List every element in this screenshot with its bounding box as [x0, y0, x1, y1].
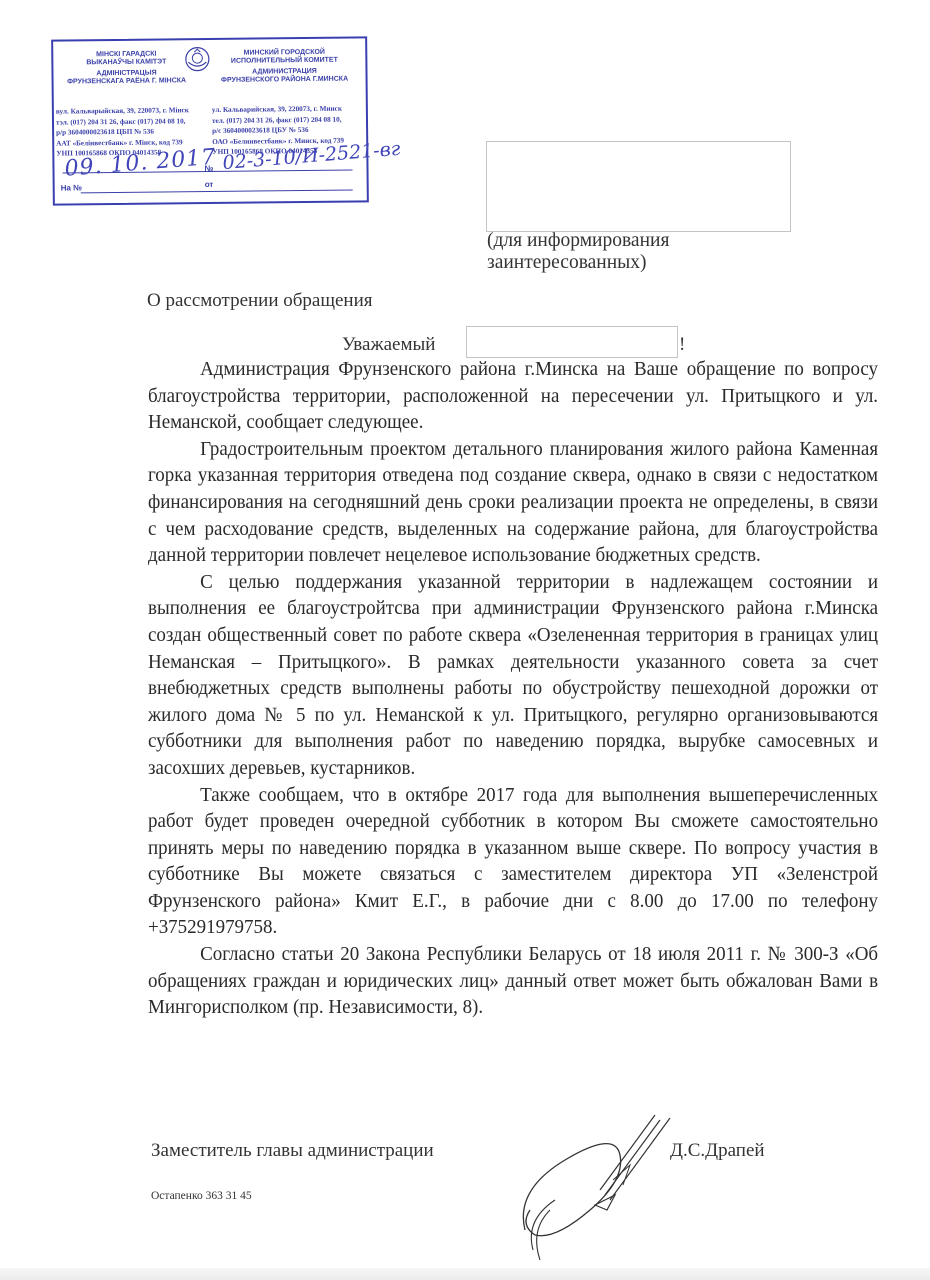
state-emblem-icon	[184, 46, 210, 72]
body-paragraph: Также сообщаем, что в октябре 2017 года …	[148, 782, 878, 942]
letter-subject: О рассмотрении обращения	[147, 290, 373, 312]
stamp-address-line: тел. (017) 204 31 26, факс (017) 204 08 …	[212, 114, 362, 126]
stamp-address-line: тэл. (017) 204 31 26, факс (017) 204 08 …	[56, 116, 206, 128]
registration-stamp: Мінскі гарадскі выканаўчы камітэт Адміні…	[51, 36, 369, 205]
salutation-exclamation: !	[679, 334, 685, 356]
body-paragraph: Градостроительным проектом детального пл…	[148, 436, 878, 569]
page-edge	[0, 1268, 930, 1280]
handwritten-signature-icon	[495, 1110, 695, 1270]
body-paragraph: Администрация Фрунзенского района г.Минс…	[148, 356, 878, 436]
addressee-note: (для информирования заинтересованных)	[487, 230, 669, 274]
body-paragraph: С целью поддержания указанной территории…	[148, 569, 878, 782]
from-date-label: от	[205, 180, 214, 189]
signatory-name: Д.С.Драпей	[670, 1140, 765, 1162]
body-paragraph: Согласно статьи 20 Закона Республики Бел…	[148, 941, 878, 1021]
addressee-note-line: (для информирования	[487, 230, 669, 252]
salutation-greeting: Уважаемый	[342, 334, 435, 356]
stamp-divider	[81, 190, 353, 194]
stamp-text: выканаўчы камітэт	[55, 58, 197, 67]
addressee-note-line: заинтересованных)	[487, 252, 669, 274]
executor-contact: Остапенко 363 31 45	[151, 1190, 252, 1202]
stamp-text: Фрунзенскага раёна г. Мінска	[56, 77, 198, 86]
stamp-org-belarusian: Мінскі гарадскі выканаўчы камітэт Адміні…	[55, 50, 197, 86]
stamp-org-russian: Минский городской исполнительный комитет…	[213, 48, 355, 84]
signatory-title: Заместитель главы администрации	[151, 1140, 434, 1162]
letter-body: Администрация Фрунзенского района г.Минс…	[148, 356, 878, 1021]
incoming-number-label: На №	[61, 183, 82, 192]
stamp-text: Фрунзенского района г.Минска	[214, 75, 356, 84]
redacted-name-box	[466, 326, 678, 358]
stamp-text: исполнительный комитет	[213, 56, 355, 65]
redacted-addressee-box	[486, 141, 791, 232]
